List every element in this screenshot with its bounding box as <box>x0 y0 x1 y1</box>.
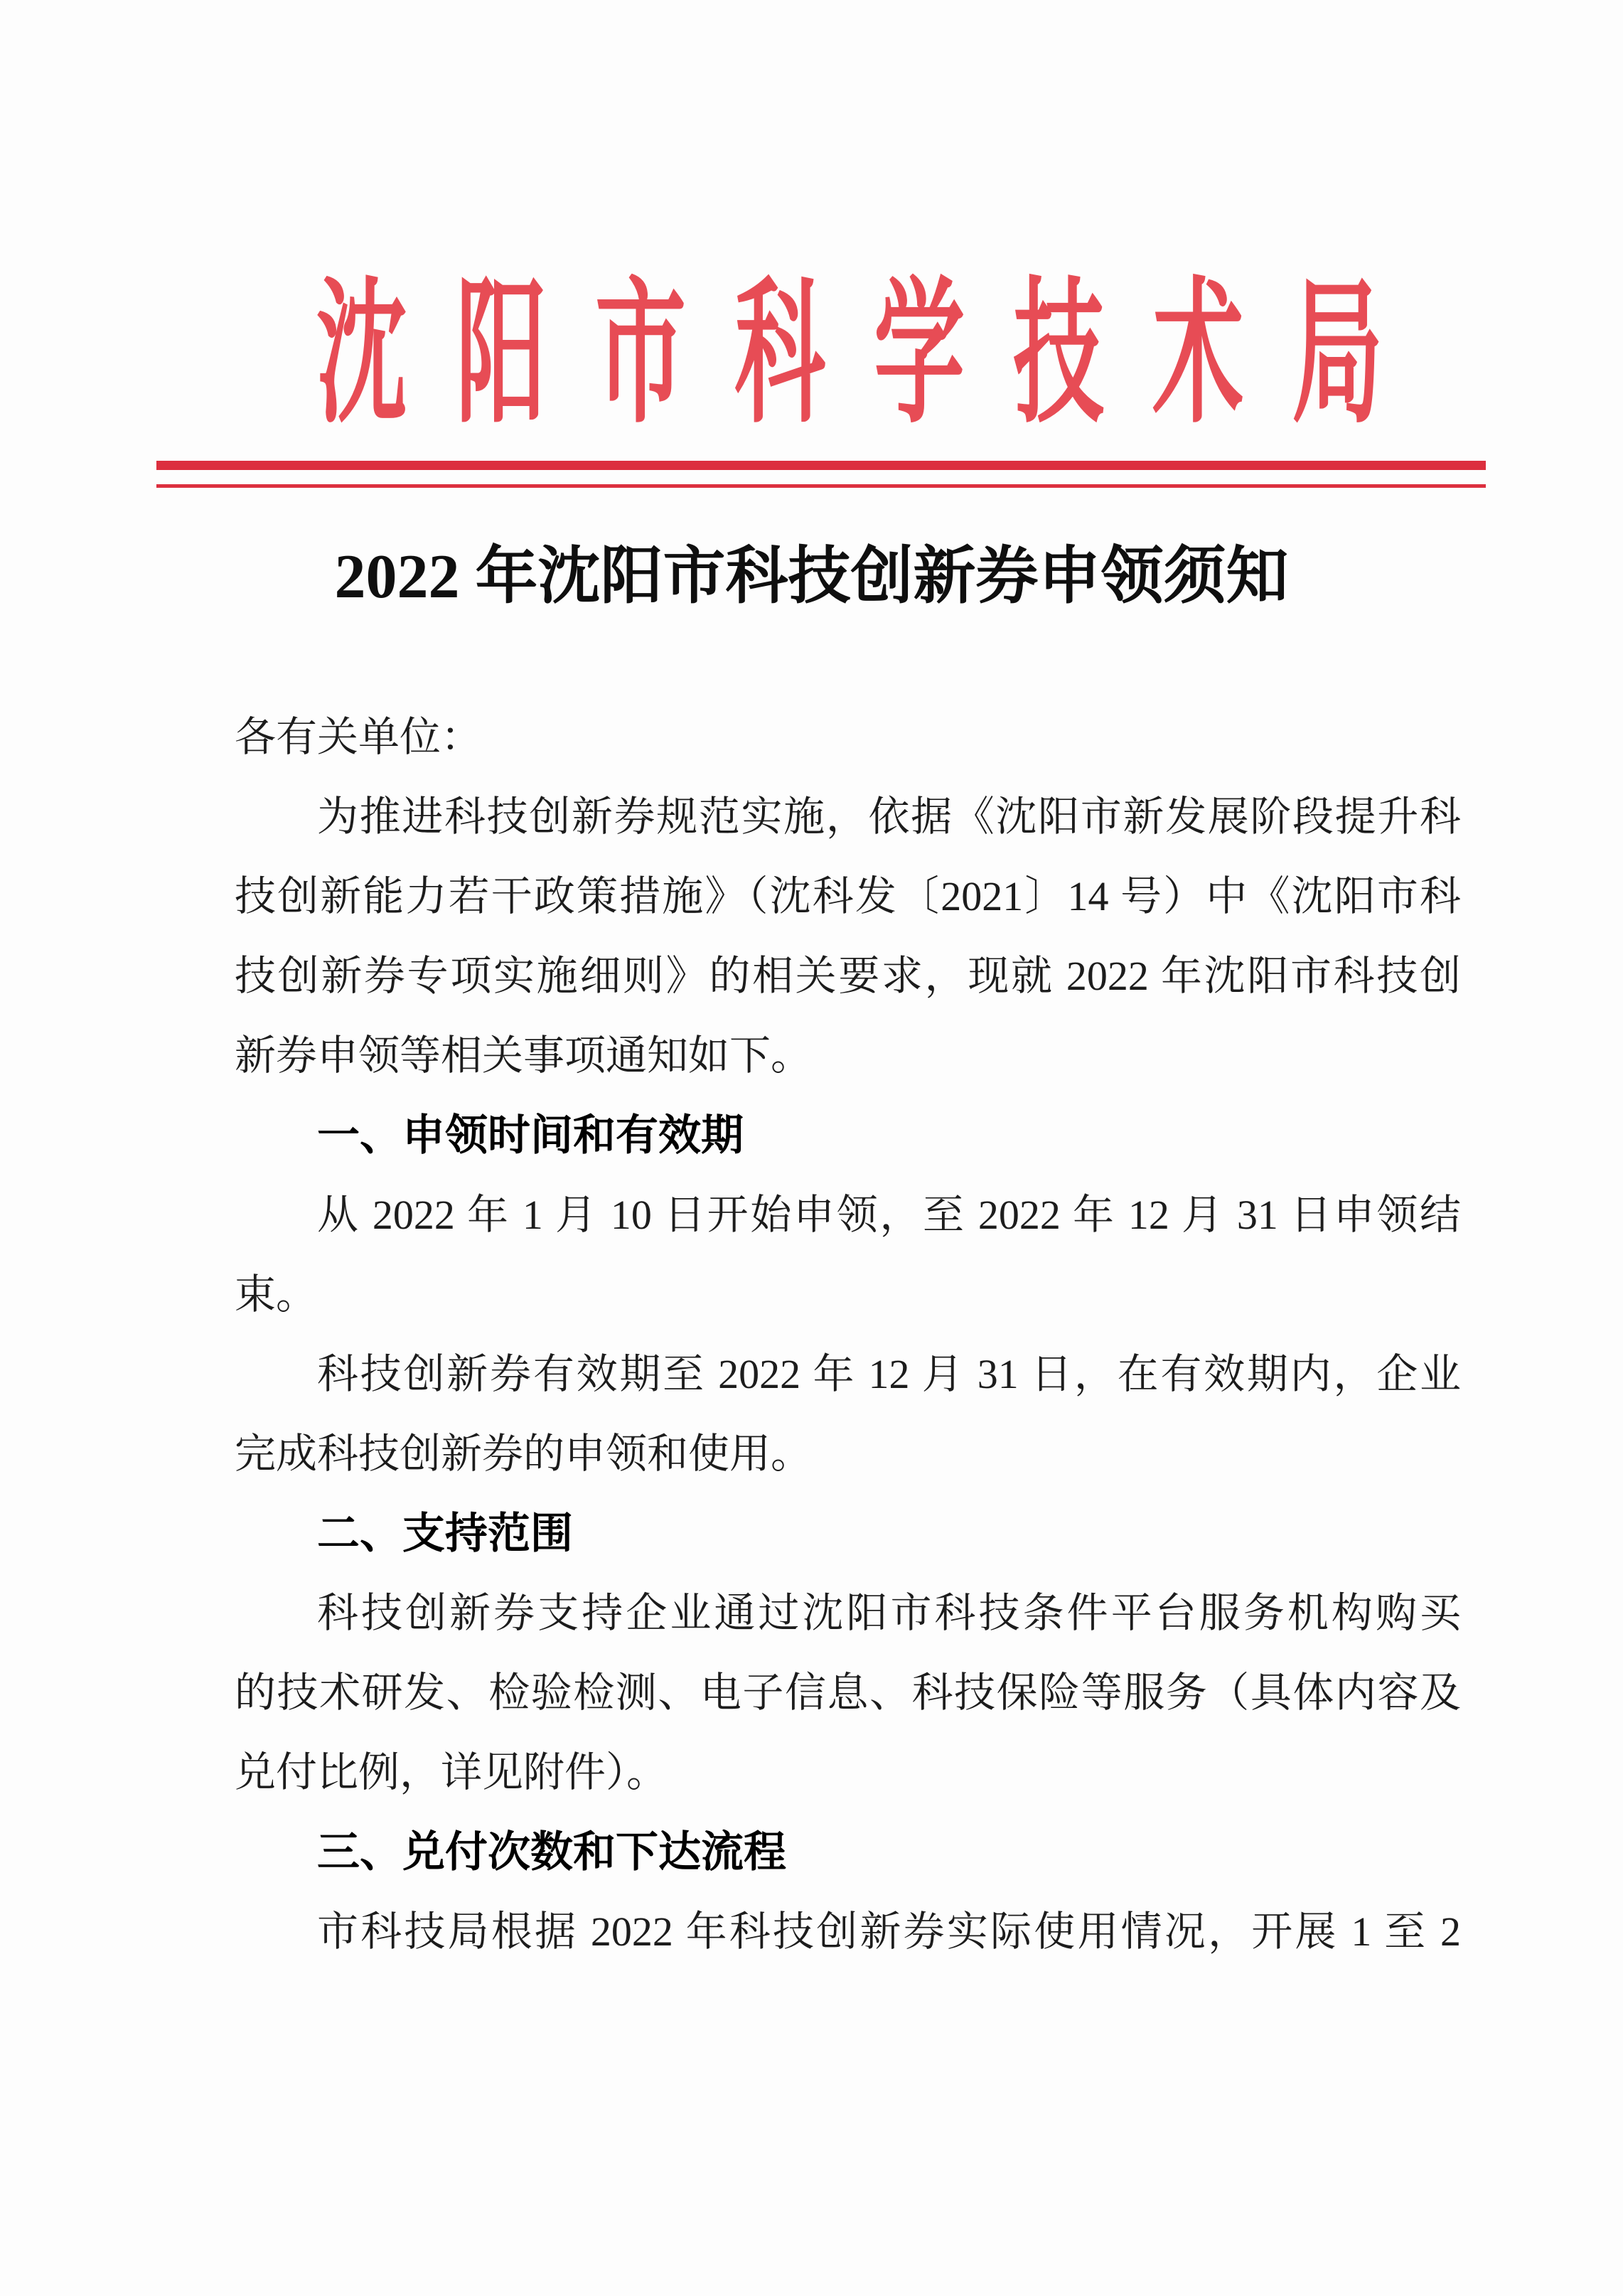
agency-name: 沈阳市科学技术局 <box>316 272 1258 437</box>
body-line: 新券申领等相关事项通知如下。 <box>235 1016 1461 1096</box>
document-title: 2022 年沈阳市科技创新券申领须知 <box>0 543 1623 612</box>
body-line: 各有关单位： <box>235 698 1461 777</box>
body-line: 兑付比例，详见附件）。 <box>235 1733 1461 1812</box>
body-line: 完成科技创新券的申领和使用。 <box>235 1414 1461 1494</box>
body-line: 从 2022 年 1 月 10 日开始申领，至 2022 年 12 月 31 日… <box>235 1175 1461 1255</box>
body-line: 束。 <box>235 1255 1461 1335</box>
section-heading: 一、申领时间和有效期 <box>235 1096 1461 1175</box>
body-line: 科技创新券有效期至 2022 年 12 月 31 日，在有效期内，企业 <box>235 1335 1461 1414</box>
section-heading: 二、支持范围 <box>235 1494 1461 1574</box>
letterhead-rule-thick <box>156 461 1486 470</box>
document-page: 沈阳市科学技术局 2022 年沈阳市科技创新券申领须知 各有关单位：为推进科技创… <box>0 0 1623 2296</box>
body-line: 的技术研发、检验检测、电子信息、科技保险等服务（具体内容及 <box>235 1653 1461 1733</box>
body-line: 技创新券专项实施细则》的相关要求，现就 2022 年沈阳市科技创 <box>235 936 1461 1016</box>
body-line: 技创新能力若干政策措施》（沈科发〔2021〕14 号）中《沈阳市科 <box>235 857 1461 936</box>
document-body: 各有关单位：为推进科技创新券规范实施，依据《沈阳市新发展阶段提升科技创新能力若干… <box>235 698 1461 1972</box>
body-line: 市科技局根据 2022 年科技创新券实际使用情况，开展 1 至 2 <box>235 1892 1461 1972</box>
section-heading: 三、兑付次数和下达流程 <box>235 1812 1461 1892</box>
letterhead-rule-thin <box>156 484 1486 488</box>
body-line: 为推进科技创新券规范实施，依据《沈阳市新发展阶段提升科 <box>235 777 1461 857</box>
body-line: 科技创新券支持企业通过沈阳市科技条件平台服务机构购买 <box>235 1574 1461 1653</box>
